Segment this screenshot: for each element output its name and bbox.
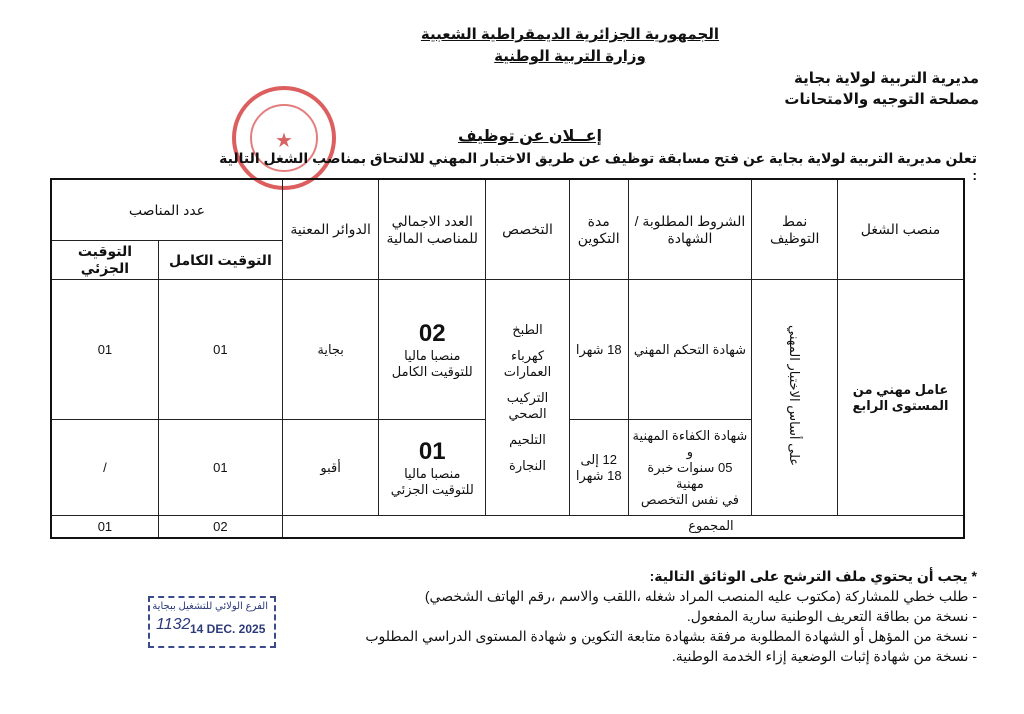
specialty-item: التركيب الصحي: [490, 390, 565, 422]
header-right: مديرية التربية لولاية بجاية مصلحة التوجي…: [719, 68, 979, 110]
col-full-time: التوقيت الكامل: [158, 241, 282, 280]
condition-line: في نفس التخصص: [633, 492, 748, 508]
col-conditions: الشروط المطلوبة / الشهادة: [628, 179, 752, 280]
part-time-cell: 01: [51, 280, 158, 420]
republic-name: الجمهورية الجزائرية الديمقراطية الشعبية: [420, 24, 720, 46]
required-documents: * يجب أن يحتوي ملف الترشح على الوثائق ال…: [197, 566, 977, 666]
condition-cell: شهادة الكفاءة المهنية و 05 سنوات خبرة مه…: [628, 420, 752, 516]
specialty-item: النجارة: [490, 458, 565, 474]
ministry-name: وزارة التربية الوطنية: [420, 46, 720, 68]
stamp-office: الفرع الولائي للتشغيل ببجاية: [152, 601, 268, 612]
col-job: منصب الشغل: [838, 179, 965, 280]
col-districts: الدوائر المعنية: [282, 179, 379, 280]
directorate-name: مديرية التربية لولاية بجاية: [719, 68, 979, 89]
specialty-item: التلحيم: [490, 432, 565, 448]
col-total: العدد الاجمالي للمناصب المالية: [379, 179, 486, 280]
document-item: - نسخة من بطاقة التعريف الوطنية سارية ال…: [197, 606, 977, 626]
total-part-label: منصبا ماليا للتوقيت الجزئي: [391, 466, 474, 497]
col-part-time: التوقيت الجزئي: [51, 241, 158, 280]
part-time-cell: /: [51, 420, 158, 516]
specialty-item: الطبخ: [490, 322, 565, 338]
col-mode: نمط التوظيف: [752, 179, 838, 280]
district-cell: أقبو: [282, 420, 379, 516]
document-item: - طلب خطي للمشاركة (مكتوب عليه المنصب ال…: [197, 586, 977, 606]
col-specialty: التخصص: [486, 179, 570, 280]
page-title: إعــلان عن توظيف: [420, 126, 640, 146]
total-full-time: 02: [158, 516, 282, 538]
positions-table: منصب الشغل نمط التوظيف الشروط المطلوبة /…: [50, 178, 965, 539]
header-center: الجمهورية الجزائرية الديمقراطية الشعبية …: [420, 24, 720, 68]
specialty-cell: الطبخ كهرباء العمارات التركيب الصحي التل…: [486, 280, 570, 516]
total-full-number: 02: [383, 320, 481, 348]
full-time-cell: 01: [158, 280, 282, 420]
total-part-cell: 01 منصبا ماليا للتوقيت الجزئي: [379, 420, 486, 516]
reception-stamp: الفرع الولائي للتشغيل ببجاية 1132 14 DEC…: [148, 596, 276, 648]
condition-line: و: [633, 444, 748, 460]
full-time-cell: 01: [158, 420, 282, 516]
stamp-date: 14 DEC. 2025: [190, 622, 265, 636]
stamp-number: 1132: [156, 616, 190, 634]
total-full-cell: 02 منصبا ماليا للتوقيت الكامل: [379, 280, 486, 420]
table-row: عامل مهني من المستوى الرابع على أساس الا…: [51, 280, 964, 420]
service-name: مصلحة التوجيه والامتحانات: [719, 89, 979, 110]
total-full-label: منصبا ماليا للتوقيت الكامل: [392, 348, 473, 379]
condition-cell: شهادة التحكم المهني: [628, 280, 752, 420]
specialty-item: كهرباء العمارات: [490, 348, 565, 380]
total-label: المجموع: [282, 516, 964, 538]
total-part-number: 01: [383, 438, 481, 466]
col-duration: مدة التكوين: [569, 179, 628, 280]
job-cell: عامل مهني من المستوى الرابع: [838, 280, 965, 516]
total-row: المجموع 02 01: [51, 516, 964, 538]
condition-line: 05 سنوات خبرة مهنية: [633, 460, 748, 492]
duration-cell: 18 شهرا: [569, 280, 628, 420]
condition-line: شهادة الكفاءة المهنية: [633, 428, 748, 444]
document-item: - نسخة من المؤهل أو الشهادة المطلوبة مرف…: [197, 626, 977, 646]
col-positions: عدد المناصب: [51, 179, 282, 241]
document-item: - نسخة من شهادة إثبات الوضعية إزاء الخدم…: [197, 646, 977, 666]
mode-text: على أساس الاختبار المهني: [787, 325, 802, 466]
table-header-row: منصب الشغل نمط التوظيف الشروط المطلوبة /…: [51, 179, 964, 241]
total-part-time: 01: [51, 516, 158, 538]
mode-cell: على أساس الاختبار المهني: [752, 280, 838, 516]
documents-lead: * يجب أن يحتوي ملف الترشح على الوثائق ال…: [197, 566, 977, 586]
district-cell: بجاية: [282, 280, 379, 420]
duration-cell: 12 إلى 18 شهرا: [569, 420, 628, 516]
